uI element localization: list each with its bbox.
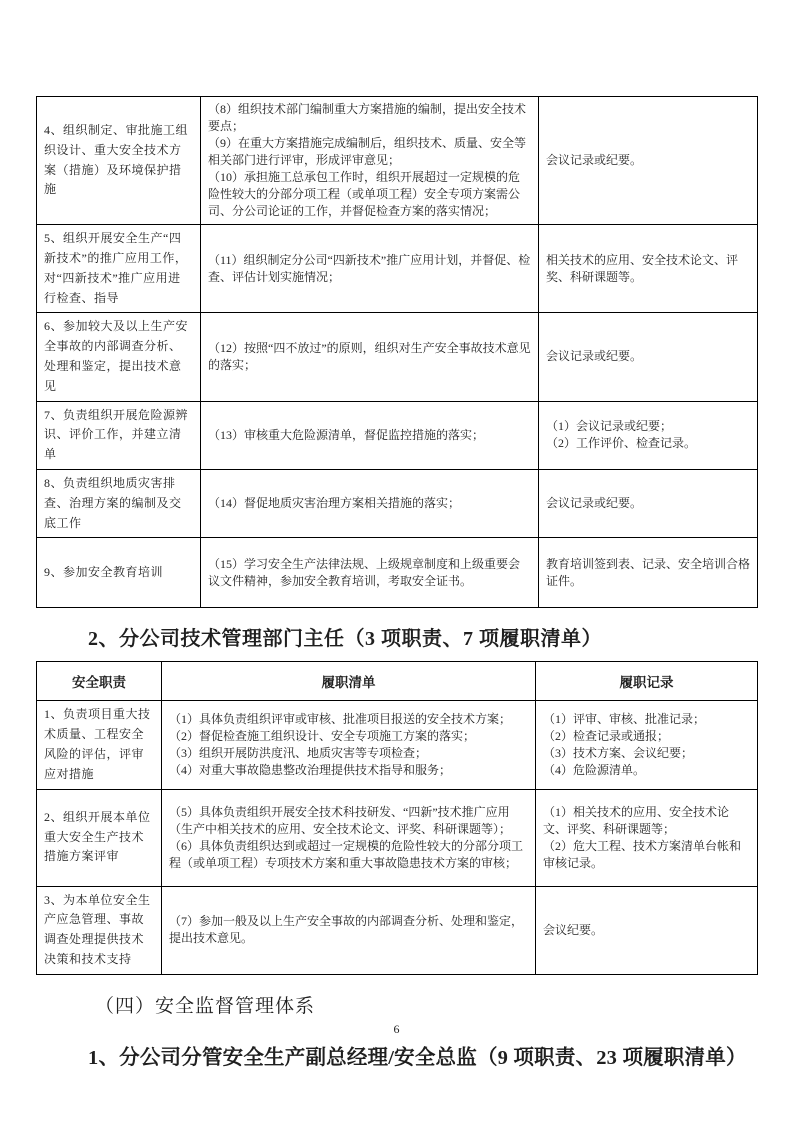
table-row: 7、负责组织开展危险源辨识、评价工作，并建立清单 （13）审核重大危险源清单，督… [37,401,758,469]
record-cell: （1）会议记录或纪要； （2）工作评价、检查记录。 [539,401,758,469]
tech-dept-duties-table: 安全职责 履职清单 履职记录 1、负责项目重大技术质量、工程安全风险的评估，评审… [36,661,758,974]
duty-cell: 2、组织开展本单位重大安全生产技术措施方案评审 [37,789,162,886]
checklist-cell: （11）组织制定分公司“四新技术”推广应用计划，并督促、检查、评估计划实施情况； [201,225,539,313]
record-cell: 教育培训签到表、记录、安全培训合格证件。 [539,538,758,608]
duty-cell: 1、负责项目重大技术质量、工程安全风险的评估，评审应对措施 [37,701,162,789]
duty-cell: 9、参加安全教育培训 [37,538,201,608]
checklist-cell: （5）具体负责组织开展安全技术科技研发、“四新”技术推广应用（生产中相关技术的应… [162,789,536,886]
duty-cell: 7、负责组织开展危险源辨识、评价工作，并建立清单 [37,401,201,469]
table-row: 3、为本单位安全生产应急管理、事故调查处理提供技术决策和技术支持 （7）参加一般… [37,886,758,974]
duty-cell: 3、为本单位安全生产应急管理、事故调查处理提供技术决策和技术支持 [37,886,162,974]
record-cell: 会议记录或纪要。 [539,313,758,401]
section-heading-safety-supervision: （四）安全监督管理体系 [95,991,757,1018]
record-cell: 会议记录或纪要。 [539,97,758,225]
duties-table-continued: 4、组织制定、审批施工组织设计、重大安全技术方案（措施）及环境保护措施 （8）组… [36,96,758,608]
table-row: 8、负责组织地质灾害排查、治理方案的编制及交底工作 （14）督促地质灾害治理方案… [37,469,758,537]
record-cell: 会议纪要。 [536,886,758,974]
checklist-cell: （14）督促地质灾害治理方案相关措施的落实； [201,469,539,537]
duty-cell: 6、参加较大及以上生产安全事故的内部调查分析、处理和鉴定，提出技术意见 [37,313,201,401]
heading-deputy-gm-safety-director: 1、分公司分管安全生产副总经理/安全总监（9 项职责、23 项履职清单） [88,1040,757,1070]
table-row: 9、参加安全教育培训 （15）学习安全生产法律法规、上级规章制度和上级重要会议文… [37,538,758,608]
heading-tech-dept-director: 2、分公司技术管理部门主任（3 项职责、7 项履职清单） [88,622,757,651]
checklist-cell: （13）审核重大危险源清单，督促监控措施的落实； [201,401,539,469]
header-record: 履职记录 [536,662,758,701]
record-cell: （1）相关技术的应用、安全技术论文、评奖、科研课题等； （2）危大工程、技术方案… [536,789,758,886]
record-cell: 相关技术的应用、安全技术论文、评奖、科研课题等。 [539,225,758,313]
checklist-cell: （8）组织技术部门编制重大方案措施的编制，提出安全技术要点； （9）在重大方案措… [201,97,539,225]
header-duty: 安全职责 [37,662,162,701]
table-row: 6、参加较大及以上生产安全事故的内部调查分析、处理和鉴定，提出技术意见 （12）… [37,313,758,401]
record-cell: 会议记录或纪要。 [539,469,758,537]
checklist-cell: （12）按照“四不放过”的原则，组织对生产安全事故技术意见的落实； [201,313,539,401]
table-row: 5、组织开展安全生产“四新技术”的推广应用工作，对“四新技术”推广应用进行检查、… [37,225,758,313]
record-cell: （1）评审、审核、批准记录； （2）检查记录或通报； （3）技术方案、会议纪要；… [536,701,758,789]
duty-cell: 4、组织制定、审批施工组织设计、重大安全技术方案（措施）及环境保护措施 [37,97,201,225]
checklist-cell: （15）学习安全生产法律法规、上级规章制度和上级重要会议文件精神，参加安全教育培… [201,538,539,608]
table-row: 2、组织开展本单位重大安全生产技术措施方案评审 （5）具体负责组织开展安全技术科… [37,789,758,886]
duty-cell: 8、负责组织地质灾害排查、治理方案的编制及交底工作 [37,469,201,537]
header-checklist: 履职清单 [162,662,536,701]
duty-cell: 5、组织开展安全生产“四新技术”的推广应用工作，对“四新技术”推广应用进行检查、… [37,225,201,313]
table-row: 4、组织制定、审批施工组织设计、重大安全技术方案（措施）及环境保护措施 （8）组… [37,97,758,225]
document-page: 4、组织制定、审批施工组织设计、重大安全技术方案（措施）及环境保护措施 （8）组… [0,0,793,1122]
checklist-cell: （7）参加一般及以上生产安全事故的内部调查分析、处理和鉴定，提出技术意见。 [162,886,536,974]
table-row: 1、负责项目重大技术质量、工程安全风险的评估，评审应对措施 （1）具体负责组织评… [37,701,758,789]
page-number: 6 [0,1022,793,1037]
checklist-cell: （1）具体负责组织评审或审核、批准项目报送的安全技术方案； （2）督促检查施工组… [162,701,536,789]
table-header-row: 安全职责 履职清单 履职记录 [37,662,758,701]
